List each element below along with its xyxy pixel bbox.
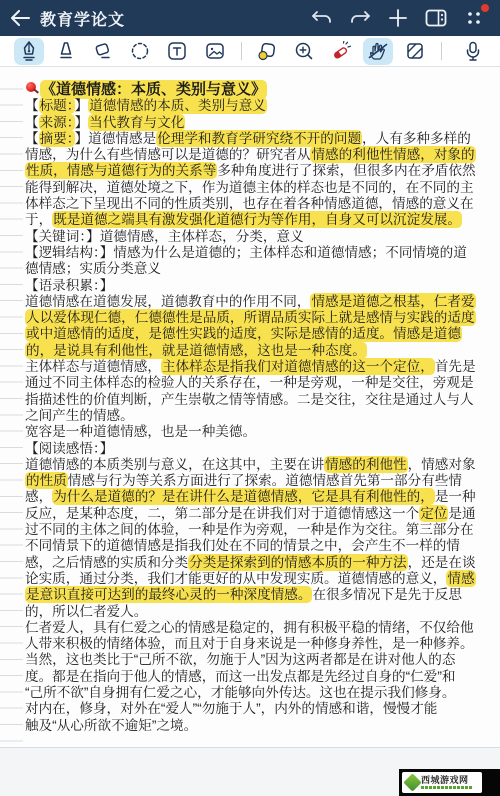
text-segment: 的，所以仁者爱人。 <box>25 604 147 619</box>
highlighted-text: 分类是探索到的情感本质的一种方法 <box>188 554 408 571</box>
crayon-icon <box>330 41 352 61</box>
header-bar: 教育学论文 <box>0 0 500 36</box>
document-title: 教育学论文 <box>40 7 125 30</box>
text-segment: 情感与行为等关系方面进行了探索。道德情感首先第一部分有些情 <box>68 473 462 488</box>
highlighted-text: 性质，情感与道德行为的关系等 <box>25 162 217 179</box>
palm-rejection-icon <box>367 41 389 61</box>
marker-icon <box>57 41 75 61</box>
text-segment: 多种角度进行了探索，但很多内在矛盾依然 <box>217 163 475 178</box>
text-segment: 宽容是一种道德情感，也是一种美德。 <box>25 424 256 439</box>
text-line: 【阅读感悟：】 <box>25 441 495 457</box>
pattern-icon <box>405 41 425 61</box>
notification-badge <box>481 4 489 12</box>
text-line: 宽容是一种道德情感，也是一种美德。 <box>25 424 495 440</box>
text-segment: 】 <box>75 131 89 146</box>
back-arrow-icon <box>10 10 30 26</box>
back-button[interactable] <box>0 10 40 26</box>
zoom-in-icon <box>294 41 314 61</box>
text-line: 体样态之下呈现出不同的性质类别，也存在着各种情感道德，情感的意义在 <box>25 196 495 212</box>
highlighted-text: 《道德情感：本质、类别与意义》 <box>40 80 267 99</box>
highlighted-text: 道德情感的本质、类别与意义 <box>88 97 267 114</box>
redo-icon <box>349 10 371 26</box>
text-segment: 体样态之下呈现出不同的性质类别，也存在着各种情感道德，情感的意义在 <box>25 196 474 211</box>
page-panel-icon <box>425 9 447 27</box>
text-line: 的，是说具有利他性，就是道德情感，这也是一种态度。 <box>25 343 495 359</box>
text-line: 【摘要：】道德情感是伦理学和教育学研究绕不开的问题，人有多种多样的 <box>25 131 495 147</box>
text-segment: 在很多情况下是先于反思 <box>312 587 462 602</box>
text-segment: 之间产生的情感。 <box>25 408 134 423</box>
palm-rejection-tool-button[interactable] <box>363 38 393 65</box>
text-line: 当然，这也类比于“己所不欲，勿施于人”因为这两者都是在讲对他人的态 <box>25 652 495 668</box>
text-segment: 【 <box>25 98 39 113</box>
pen-tool-button[interactable] <box>14 38 44 65</box>
microphone-icon <box>464 41 482 61</box>
text-segment: 【 <box>25 115 39 130</box>
text-segment: 情感，为什么有些情感可以是道德的？研究者从 <box>25 147 310 162</box>
highlighted-text: 摘要： <box>39 130 75 147</box>
text-segment: 德情感；实质分类意义 <box>25 261 161 276</box>
text-segment: 通过不同主体样态的检验人的关系存在，一种是旁观，一种是交往，旁观是 <box>25 375 474 390</box>
editing-toolbar <box>0 36 500 67</box>
text-segment: 当然，这也类比于“己所不欲，勿施于人”因为这两者都是在讲对他人的态 <box>25 652 455 667</box>
ruled-lines <box>0 73 23 748</box>
pattern-tool-button[interactable] <box>400 38 430 65</box>
text-line: 感，之后情感的实质和分类分类是探索到的情感本质的一种方法，还是在谈 <box>25 555 495 571</box>
text-segment: ，情感对象 <box>408 457 476 472</box>
highlighted-text: 伦理学和教育学研究绕不开的问题 <box>156 130 362 147</box>
lasso-icon <box>130 41 150 61</box>
highlighted-text: 情感是道德之根基，仁者爱 <box>310 293 475 310</box>
text-line: 情感，为什么有些情感可以是道德的？研究者从情感的利他性情感，对象的 <box>25 147 495 163</box>
text-segment: 指描述性的价值判断，产生崇敬之情等情感。二是交往，交往是通过人与人 <box>25 392 474 407</box>
text-line: 人带来积极的情绪体验，而且对于自身来说是一种修身养性，是一种修养。 <box>25 636 495 652</box>
highlighted-text: 定位 <box>419 505 448 522</box>
text-segment: 度。都是在指向于他人的情感，而这一出发点都是先经过自身的“仁爱”和 <box>25 669 455 684</box>
highlighted-text: 标题： <box>39 97 75 114</box>
undo-button[interactable] <box>310 6 334 30</box>
text-line: 【逻辑结构：】情感为什么是道德的；主体样态和道德情感；不同情境的道 <box>25 245 495 261</box>
text-segment: 是一种 <box>435 489 476 504</box>
text-line: 的，所以仁者爱人。 <box>25 604 495 620</box>
watermark-site-name: 西城游戏网 <box>421 776 473 785</box>
highlighted-text: 是意识直接可达到的最终心灵的一种深度情感。 <box>25 586 312 603</box>
text-line: “己所不欲”自身拥有仁爱之心，才能够向外传达。这也在提示我们修身。 <box>25 685 495 701</box>
highlighted-text: 主体样态是指我们对道德情感的这一个定位， <box>161 358 435 375</box>
text-segment: ，还是在谈 <box>408 555 476 570</box>
text-line: 指描述性的价值判断，产生崇敬之情等情感。二是交往，交往是通过人与人 <box>25 392 495 408</box>
text-segment: 首先是 <box>435 359 476 374</box>
crayon-tool-button[interactable] <box>326 38 356 65</box>
text-segment: 仁者爱人，具有仁爱之心的情感是稳定的，拥有积极平稳的情绪，不仅给他 <box>25 620 474 635</box>
text-segment: ，人有多种多样的 <box>362 131 471 146</box>
highlighted-text: 当代教育与文化 <box>88 114 185 131</box>
eraser-icon <box>93 41 113 61</box>
text-line: 过不同的主体之间的体验，一种是作为旁观，一种是作为交往。第三部分在 <box>25 522 495 538</box>
highlighted-text: 情感的利他性 <box>324 456 408 473</box>
image-icon <box>205 41 225 61</box>
note-app-window: 教育学论文 <box>0 0 500 796</box>
text-icon <box>167 41 187 61</box>
text-line: 的性质情感与行为等关系方面进行了探索。道德情感首先第一部分有些情 <box>25 473 495 489</box>
text-line: 《道德情感：本质、类别与意义》 <box>25 82 495 98</box>
text-line: 德情感；实质分类意义 <box>25 261 495 277</box>
text-line: 于，既是道德之端具有激发强化道德行为等作用，自身又可以沉淀发展。 <box>25 212 495 228</box>
text-line: 反应，是某种态度，二，第二部分是在讲我们对于道德情感这一个定位是通 <box>25 506 495 522</box>
highlighted-text: 既是道德之端具有激发强化道德行为等作用，自身又可以沉淀发展。 <box>52 211 462 228</box>
text-segment: 道德情感的本质类别与意义，在这其中，主要在讲 <box>25 457 324 472</box>
highlighted-text: 情感 <box>446 570 475 587</box>
text-segment: 论实质，通过分类，我们才能更好的从中发现实质。道德情感的意义， <box>25 571 446 586</box>
document-page[interactable]: 《道德情感：本质、类别与意义》【标题：】道德情感的本质、类别与意义【来源：】当代… <box>0 67 500 796</box>
text-line: 不同情景下的道德情感是指我们处在不同的情景之中，会产生不一样的情 <box>25 538 495 554</box>
text-line: 对内在，修身，对外在“爱人”“勿施于人”，内外的情感和谐，慢慢才能 <box>25 701 495 717</box>
text-segment: 反应，是某种态度，二，第二部分是在讲我们对于道德情感这一个 <box>25 506 419 521</box>
text-line: 能得到解决，道德处境之下，作为道德主体的样态也是不同的，在不同的主 <box>25 180 495 196</box>
text-segment: 【 <box>25 131 39 146</box>
text-line: 论实质，通过分类，我们才能更好的从中发现实质。道德情感的意义，情感 <box>25 571 495 587</box>
lasso-select-tool-button[interactable] <box>125 38 155 65</box>
text-segment: 道德情感在道德发展，道德教育中的作用不同， <box>25 294 310 309</box>
zoom-in-tool-button[interactable] <box>289 38 319 65</box>
document-text: 《道德情感：本质、类别与意义》【标题：】道德情感的本质、类别与意义【来源：】当代… <box>25 82 495 734</box>
highlighted-text: 人以爱体现仁德，仁德德性是品质，所谓品质实际上就是感情与实践的适度 <box>25 309 476 326</box>
text-line: 【来源：】当代教育与文化 <box>25 115 495 131</box>
marker-tool-button[interactable] <box>51 38 81 65</box>
text-segment: 是通 <box>448 506 475 521</box>
highlighted-text: 或中道感情的适度，是德性实践的适度，实际是感情的适度。情感是道德 <box>25 325 462 342</box>
more-menu-icon <box>466 10 482 26</box>
text-line: 【关键词：】道德情感，主体样态，分类，意义 <box>25 229 495 245</box>
text-line: 人以爱体现仁德，仁德德性是品质，所谓品质实际上就是感情与实践的适度 <box>25 310 495 326</box>
watermark-logo-icon <box>403 773 421 791</box>
highlighted-text: 的性质 <box>25 472 68 489</box>
text-line: 【标题：】道德情感的本质、类别与意义 <box>25 98 495 114</box>
text-line: 仁者爱人，具有仁爱之心的情感是稳定的，拥有积极平稳的情绪，不仅给他 <box>25 620 495 636</box>
toolbar-divider <box>441 42 442 60</box>
undo-icon <box>311 10 333 26</box>
more-menu-button[interactable] <box>462 6 486 30</box>
text-segment: 于， <box>25 212 52 227</box>
shape-tool-button[interactable] <box>252 38 282 65</box>
text-tool-button[interactable] <box>162 38 192 65</box>
text-segment: 过不同的主体之间的体验，一种是作为旁观，一种是作为交往。第三部分在 <box>25 522 474 537</box>
text-line: 性质，情感与道德行为的关系等多种角度进行了探索，但很多内在矛盾依然 <box>25 163 495 179</box>
text-segment: 不同情景下的道德情感是指我们处在不同的情景之中，会产生不一样的情 <box>25 538 460 553</box>
text-segment: 】 <box>75 115 89 130</box>
pin-icon <box>25 82 40 95</box>
pen-icon <box>20 41 38 61</box>
text-line: 道德情感在道德发展，道德教育中的作用不同，情感是道德之根基，仁者爱 <box>25 294 495 310</box>
text-line: 是意识直接可达到的最终心灵的一种深度情感。在很多情况下是先于反思 <box>25 587 495 603</box>
text-segment: 】 <box>75 98 89 113</box>
plus-icon <box>389 9 407 27</box>
shape-icon <box>257 41 277 61</box>
text-line: 或中道感情的适度，是德性实践的适度，实际是感情的适度。情感是道德 <box>25 326 495 342</box>
text-segment: 道德情感是 <box>88 131 156 146</box>
text-line: 触及“从心所欲不逾矩”之境。 <box>25 718 495 734</box>
text-line: 通过不同主体样态的检验人的关系存在，一种是旁观，一种是交往，旁观是 <box>25 375 495 391</box>
text-segment: 能得到解决，道德处境之下，作为道德主体的样态也是不同的，在不同的主 <box>25 180 474 195</box>
text-line: 主体样态与道德情感，主体样态是指我们对道德情感的这一个定位，首先是 <box>25 359 495 375</box>
redo-button[interactable] <box>348 6 372 30</box>
microphone-tool-button[interactable] <box>458 38 488 65</box>
text-line: 感，为什么是道德的？是在讲什么是道德情感，它是具有利他性的，是一种 <box>25 489 495 505</box>
image-tool-button[interactable] <box>199 38 229 65</box>
watermark-subtext <box>421 786 473 789</box>
text-line: 之间产生的情感。 <box>25 408 495 424</box>
watermark: 西城游戏网 <box>399 769 500 796</box>
highlighted-text: 的，是说具有利他性，就是道德情感，这也是一种态度。 <box>25 342 367 359</box>
text-line: 度。都是在指向于他人的情感，而这一出发点都是先经过自身的“仁爱”和 <box>25 669 495 685</box>
text-segment: 主体样态与道德情感， <box>25 359 161 374</box>
highlighted-text: 情感的利他性情感，对象的 <box>310 146 475 163</box>
text-line: 道德情感的本质类别与意义，在这其中，主要在讲情感的利他性，情感对象 <box>25 457 495 473</box>
highlighted-text: 为什么是道德的？是在讲什么是道德情感，它是具有利他性的， <box>52 488 435 505</box>
text-segment: 【关键词：】道德情感，主体样态，分类，意义 <box>25 229 304 244</box>
text-segment: 感， <box>25 489 52 504</box>
text-segment: “己所不欲”自身拥有仁爱之心，才能够向外传达。这也在提示我们修身。 <box>25 685 455 700</box>
highlighted-text: 来源： <box>39 114 75 131</box>
text-segment: 触及“从心所欲不逾矩”之境。 <box>25 718 197 733</box>
text-segment: 对内在，修身，对外在“爱人”“勿施于人”，内外的情感和谐，慢慢才能 <box>25 701 437 716</box>
toolbar-divider <box>241 42 242 60</box>
add-page-button[interactable] <box>386 6 410 30</box>
text-segment: 感，之后情感的实质和分类 <box>25 555 188 570</box>
text-line: 【语录积累：】 <box>25 278 495 294</box>
text-segment: 【阅读感悟：】 <box>25 441 113 456</box>
text-segment: 【逻辑结构：】情感为什么是道德的；主体样态和道德情感；不同情境的道 <box>25 245 467 260</box>
text-segment: 人带来积极的情绪体验，而且对于自身来说是一种修身养性，是一种修养。 <box>25 636 474 651</box>
text-segment: 【语录积累：】 <box>25 278 113 293</box>
page-panel-button[interactable] <box>424 6 448 30</box>
watermark-label: 西城游戏网 <box>402 772 482 793</box>
eraser-tool-button[interactable] <box>88 38 118 65</box>
